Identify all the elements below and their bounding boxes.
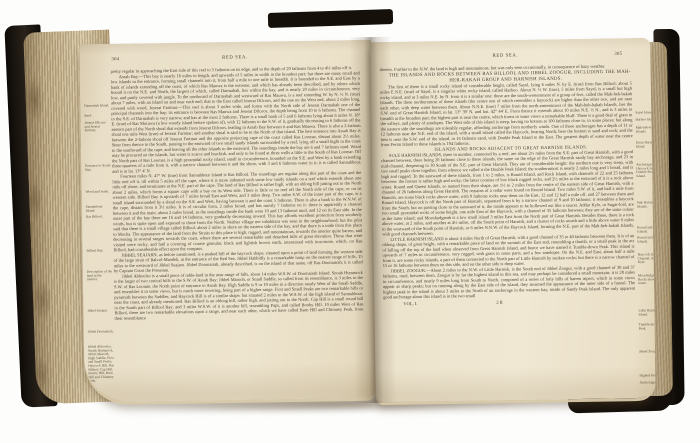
margin-note: Highest Peak.: [639, 374, 655, 378]
margin-note: Round and Queen Islands.: [637, 236, 656, 244]
margin-note: Jeserat Dilcoos and Jeserat Fartmar.: [84, 121, 110, 133]
margin-note: Darmabah Island.: [84, 104, 110, 108]
margin-note: Ras Billool.: [86, 215, 112, 219]
right-page-text: thereto. Further to the N.W. the land is…: [380, 63, 636, 310]
margin-note: Haycock Island. Channel. Addar Kyle.: [638, 253, 656, 265]
margin-note: Description of the land in the interior.: [87, 270, 113, 282]
margin-note: Wood and water.: [85, 190, 111, 194]
margin-note: Jibbel Abboolso, Snoah Hummock, Jibbel M…: [88, 345, 115, 383]
left-page-content: 304 RED SEA. Darmabah Island. Reef. Jese…: [79, 40, 377, 403]
margin-note: Entrance to Assab Bay.: [85, 164, 111, 172]
paragraph: Jibbel Abboolso is a small piece of tabl…: [114, 270, 364, 321]
margin-note: Tumble-down Peak.: [639, 323, 656, 331]
margin-note: Jibbel Doomairah.: [88, 330, 114, 334]
margin-note: Jibbel Seajarn.: [87, 309, 113, 313]
margin-note: Billool Bay.: [86, 249, 112, 253]
paragraph: Assab Bay.—This bay is nearly 16 miles i…: [111, 70, 362, 174]
paragraph: SULE HARNISH ISLANDS, three in number, c…: [381, 149, 634, 237]
signature-mark: 2 R: [496, 299, 502, 304]
margin-note: Anchorages.: [640, 381, 656, 385]
paragraph: Fourteen miles N. 47° W. (true) from San…: [112, 170, 362, 253]
margin-note: Sannahbour Island.: [86, 205, 112, 213]
book-photo: 304 RED SEA. Darmabah Island. Reef. Jese…: [0, 0, 700, 443]
left-page-text: pretty regular in approaching the East s…: [111, 65, 364, 321]
paragraph: LITTLE HARNISH ISLAND is about 4 miles N…: [382, 233, 634, 268]
margin-note: Little Harnish Island.: [638, 309, 655, 317]
right-page-content: RED SEA. 305 Sayel Island. Harboo Island…: [370, 38, 656, 402]
right-page: RED SEA. 305 Sayel Island. Harboo Island…: [370, 38, 656, 402]
volume-label: VOL. I.: [403, 301, 417, 306]
margin-note: Round and Rock Islands.: [637, 226, 656, 234]
left-page: 304 RED SEA. Darmabah Island. Reef. Jese…: [79, 40, 377, 403]
paragraph: The first of these is a small rocky isla…: [380, 80, 633, 147]
margin-note: Mooshudgerah. Rocks above water.: [638, 274, 656, 286]
margin-note: Jibbel Zoogur.: [639, 350, 656, 354]
margin-note: Reef.: [84, 114, 110, 118]
paragraph: JIBBEL ZOOGUR.—About 2 miles to the N.W.…: [383, 264, 635, 299]
book-cover-top-edge: [268, 9, 393, 28]
